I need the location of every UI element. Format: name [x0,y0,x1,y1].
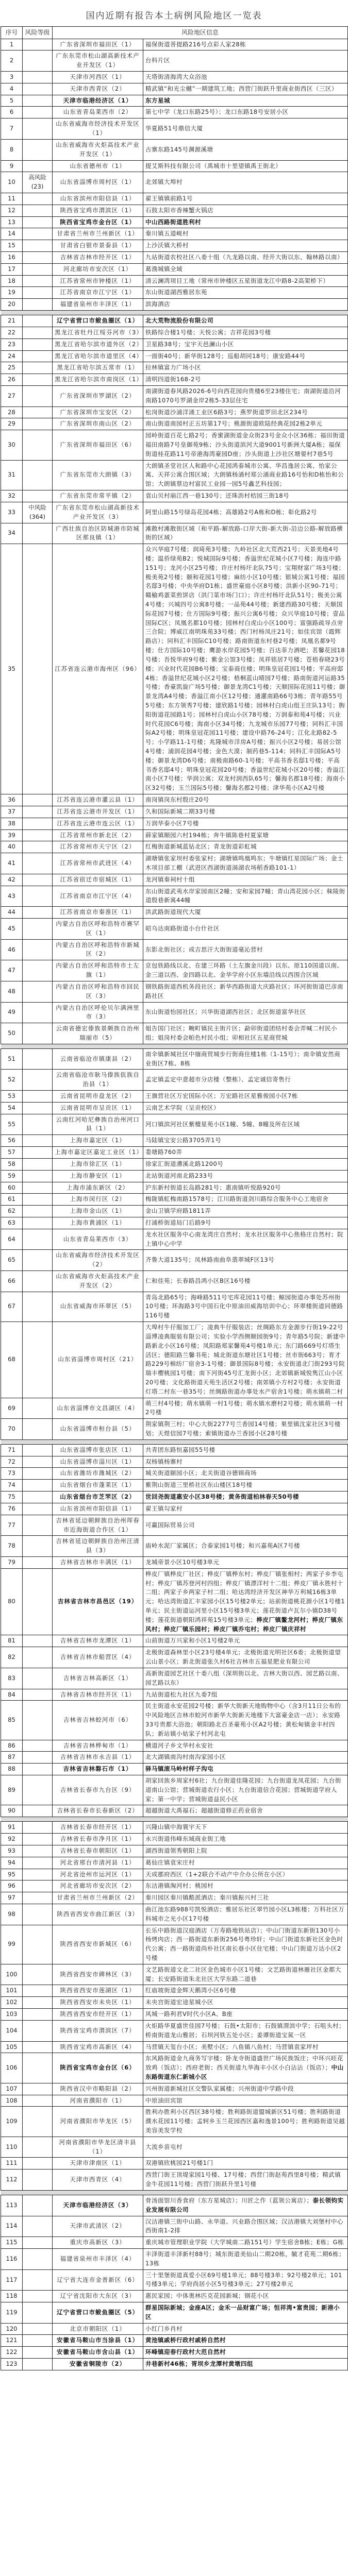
risk-level-cell [23,1775,53,1805]
risk-level-cell [23,886,53,907]
area-details: 上沙沃镇大桥村 [143,240,348,252]
area-details: 昭乌达南路街道小台什社区 [143,919,348,940]
table-row: 48内蒙古自治区呼和浩特市回民区（3）钢铁路街道西机务段社区；新华西路街道大庆路… [1,981,348,1002]
row-number: 95 [1,1869,23,1880]
row-number: 12 [1,205,23,216]
details-text: 秦川园区秦川镇酷派酒店；秦川镇振兴村三社 [145,1894,269,1901]
row-number: 58 [1,1158,23,1170]
risk-level-cell [23,2216,53,2237]
table-row: 11山东省滨州市阳信县（1）翟王镇镇前路1号 [1,193,348,205]
table-row: 24黑龙江省哈尔滨市道里区（4）一面街40号；新华街128号；巡船胡同18号；康… [1,350,348,362]
area-name: 山东省威海市环翠区（5） [53,1292,143,1321]
area-details: 东山街道怡园社区；兴华街道湖西社区；北区街道富华社区 [143,1002,348,1023]
details-text: 古寨东路145号渊源溪塘 [145,146,213,153]
risk-level-cell [23,2347,53,2359]
risk-level-cell [23,1398,53,1419]
risk-level-cell [23,374,53,386]
area-details: 钢铁路街道西机务段社区；新华西路街道大庆路社区；环河街街道巴彦南路社区 [143,981,348,1002]
page-break [1,311,348,315]
risk-level-cell [23,1158,53,1170]
risk-level-cell [23,907,53,919]
details-text: 超越街道大禹福石；超越街道修正药业宿舍 [145,1807,263,1814]
details-text: 北极街道森林里小区23号楼4单元；北极街道光明社区6委；北极街道望云山景小区；新… [145,1649,341,1665]
table-row: 52云南省临沧市耿马傣族佤族自治县（1）孟定镇孟定中意超市分店楼（整栋）、孟定诚… [1,1070,348,1091]
area-details: 西营门街王顶堤家园1号楼、17号楼；西营门街赵苑西里8号楼；精武镇金牛花园11号… [143,2170,348,2191]
page-break-gap [1,1439,348,1444]
details-text: 井巷新村46栋；胥坝乡龙潭村黄墩四组 [145,2360,253,2367]
details-text: 孟定镇孟定中意超市分店楼（整栋）、孟定诚信寄售行 [145,1076,291,1083]
header-info: 风险地区信息 [53,27,348,39]
table-row: 16吉林省吉林市经开区（1）九站街道农校社区八委十组（九龙路以南、经开大街以东、… [1,252,348,264]
row-number: 45 [1,919,23,940]
area-name: 山东省威海市火炬高技术产业开发区（1） [53,139,143,160]
area-details: 滩散村滩散街区域（和平路-解放路-口岸大街-新大街-沿边公路-解放路横街的区域） [143,523,348,544]
table-row: 25黑龙江省哈尔滨五常市（1）拉林镇富力广场小区 [1,362,348,374]
details-text: 城关街道颐园小区；北关街道谷德锦商场 [145,1469,257,1477]
risk-level-cell [23,1764,53,1775]
table-row: 31广东省东莞市大朗镇（3）大朗镇圣堂社区人和路中心花园鸿泰城市公寓、华昌逸居公… [1,460,348,490]
details-text: 小红门乡肖村 [145,2325,183,2332]
area-name: 吉林省吉林蛟河市（6） [53,1701,143,1740]
table-row: 106陕西省宝鸡市金台区（6）东风路街道金九商务写字楼；卧龙寺街道盛世广场民族饭… [1,2053,348,2083]
table-row: 66山东省威海市火炬高技术产业开发区（2）仁和佳苑；长春路昌鸿小区B区16号楼 [1,1271,348,1292]
details-text: 石鼓太阳市香辣蟹火锅店 [145,207,213,214]
area-name: 河北省邢台市清河县（1） [53,1857,143,1869]
details-text: 三十里堡街道真爱小区69号楼1单元；88号楼3单；92号楼2单元；101号楼3单… [145,2272,342,2288]
area-name: 广东省深圳市宝安区（2） [53,406,143,418]
area-name: 山东省烟台市芝罘区（2） [53,1492,143,1503]
risk-level-cell [23,2237,53,2249]
table-row: 41江苏省常州市武进区（4）湖塘镇张家坝村委张家村；湖塘镇鸣凰鸣东；牛塘镇红星国… [1,853,348,874]
risk-level-cell [23,1271,53,1292]
area-name: 上海市静安区（1） [53,1170,143,1182]
table-row: 62上海市金山区（1）金山卫镇学府路1811弄 [1,1206,348,1217]
details-text: 未央宫街道宏途星城小区 [145,1998,213,2006]
risk-level-cell [23,240,53,252]
risk-level-cell: 中风险(364) [23,502,53,523]
area-name: 内蒙古自治区呼伦贝尔满洲里市（3） [53,1002,143,1023]
row-number: 8 [1,139,23,160]
row-number: 120 [1,2323,23,2335]
row-number: 94 [1,1857,23,1869]
risk-level-cell [23,2158,53,2170]
table-row: 122安徽省马鞍山市含山县（1）环峰镇迎春行政村大范自然村 [1,2347,348,2359]
area-details: 福保街道菩提路216号点彩人家28栋 [143,39,348,50]
row-number: 71 [1,1444,23,1456]
table-row: 19江苏省南京市江宁区（1）东山街道湖西雅居东苑 [1,287,348,299]
area-details: 丰泽街道丰泽新村88号；城东街道美仙山二期20栋，毓才花苑二期6栋；13栋 [143,2248,348,2269]
area-details: 湖西街道领秀朝阳上院 [143,1845,348,1857]
risk-level-cell [23,1194,53,1206]
risk-level-cell [23,2302,53,2324]
row-number: 27 [1,385,23,406]
area-name: 上海市徐汇区（1） [53,1158,143,1170]
details-text: 丰泽街道丰泽新村88号；城东街道美仙山二期20栋，毓才花苑二期6栋；13栋 [145,2250,345,2267]
risk-level-cell [23,50,53,72]
risk-level-cell [23,1114,53,1135]
risk-level-cell [23,327,53,338]
row-number: 6 [1,107,23,118]
page-break [1,2190,348,2195]
table-row: 36江苏省连云港市灌云县（1）南岗镇岗东村殷庄20号 [1,794,348,806]
table-row: 120北京市朝阳区（1）小红门乡肖村 [1,2323,348,2335]
row-number: 23 [1,338,23,350]
area-name: 河南省濮阳市（1） [53,2095,143,2107]
area-name: 山东省淄博市周村区（1） [53,172,143,193]
risk-level-cell [23,362,53,374]
risk-level-cell [23,406,53,418]
details-text: 火炬路华夏盛世佳园7号楼；石鼓•太阳市；石鼓镇渭滨中学；石咀头村；桥南街道龙山雅… [145,2022,345,2039]
area-details: 王旗营社区万宏国际小区；万宏路社区星雅俊园小区7栋 [143,1091,348,1103]
risk-level-count: (364) [25,513,50,522]
area-name: 江苏省宿迁市宿城区（1） [53,874,143,886]
row-number: 74 [1,1480,23,1492]
details-text: 双港镇欣桃园21号楼1门 [145,2159,213,2166]
table-row: 115重庆市高新区（3）重庆城市管理职业学院（大学城南二路151号）学生宿舍B栋… [1,2237,348,2249]
area-name: 山东省淄博市淄川区（1） [53,1456,143,1468]
details-text: 洪武路街道现代大厦 [145,908,201,916]
table-row: 61上海市闵行区（2）梅陇镇虹梅南路1578号；江川路街道剑川路综合服务中心工地… [1,1194,348,1206]
row-number: 106 [1,2053,23,2083]
table-row: 107陕西省汉中市略阳县（2）兴州街道新城社区交警队家属楼；兴州街道中学路中段 [1,2083,348,2095]
details-text: 钢铁路街道西机务段社区；新华西路街道大庆路社区；环河街街道巴彦南路社区 [145,983,343,999]
row-number: 43 [1,886,23,907]
row-number: 35 [1,544,23,794]
row-number: 90 [1,1805,23,1817]
page-break [1,1044,348,1048]
area-details: 小红门乡肖村 [143,2323,348,2335]
area-details: 胜利办胜利小区西区38号楼；胜利路街道盟城新区51号楼；胜利路街道濮水花园11号… [143,2107,348,2137]
table-row: 60上海市浦东新区（2）沪东新村街道长岛路281号；惠南镇听悦路920号 [1,1182,348,1194]
area-name: 陕西省宝鸡市金台区（6） [53,2053,143,2083]
area-name: 吉林省吉林市永吉县（1） [53,1752,143,1764]
risk-level-cell [23,83,53,95]
table-row: 34广西壮族自治区防城港市防城区那良镇（1）滩散村滩散街区域（和平路-解放路-口… [1,523,348,544]
row-number: 51 [1,1048,23,1070]
row-number: 15 [1,240,23,252]
details-text: 华夏路51号鼎信大厦 [145,125,203,132]
table-row: 81吉林省吉林市龙潭区（1）山前街道万兴家和小区1号楼2单元 [1,1635,348,1647]
area-details: 黄池镇戚桥行政村戚桥自然村 [143,2335,348,2347]
table-row: 54云南省昆明市呈贡区（1）云南艺术学院（呈贡校区） [1,1102,348,1114]
risk-level-cell [23,1822,53,1834]
area-details: 龙水社区服务中心南龙湾庄自然村；龙水社区服务中心焦格庄自然村；院上镇中心中学 [143,1229,348,1250]
details-text: 世回尧街道惠安小区38号楼；黄务街道柏林春天50号楼 [145,1493,299,1500]
area-details: 洪武路街道现代大厦 [143,907,348,919]
row-number: 54 [1,1102,23,1114]
risk-level-cell [23,1880,53,1892]
row-number: 63 [1,1217,23,1229]
row-number: 114 [1,2216,23,2237]
area-details: 红梅街道新城蓝钻北区；青龙街道彩虹城 [143,841,348,853]
area-details: 久和国际新城二期33号楼 [143,806,348,818]
risk-level-cell [23,1091,53,1103]
table-row: 63上海市黄浦区（1）打浦桥街道局门后路9号 [1,1217,348,1229]
area-name: 吉林省长春市净月区（1） [53,1834,143,1845]
row-number: 66 [1,1271,23,1292]
row-number: 1 [1,39,23,50]
table-row: 28广东省深圳市宝安区（2）松岗街道沙浦洋涌工业区6路3号；燕罗街道罗田北区23… [1,406,348,418]
area-name: 江苏省连云港市连云区（1） [53,818,143,829]
details-text: 松岗街道沙浦洋涌工业区6路3号；燕罗街道罗田北区234号 [145,409,308,416]
table-row: 73山东省潍坊市潍城区（2）城关街道颐园小区；北关街道谷德锦商场 [1,1468,348,1480]
details-text: 惠民家园；中体奥林匹克花园新城；钢花小区 [145,2292,269,2299]
risk-level-cell [23,2095,53,2107]
row-number: 108 [1,2095,23,2107]
row-number: 13 [1,216,23,228]
area-name: 山东省淄博市文昌湖区（4） [53,1398,143,1419]
row-number: 2 [1,50,23,72]
risk-level-cell [23,1135,53,1147]
risk-level-cell [23,205,53,216]
table-row: 17河北廊坊市安次区（1）葛渔城镇全域 [1,263,348,275]
risk-level-label: 中风险 [25,503,50,513]
details-text: 龙河镇秦祠村十组 [145,876,195,883]
area-name: 江苏省常州市新北区（2） [53,829,143,841]
area-name: 广东东莞市松山湖高新技术产业开发区（1） [53,50,143,72]
area-details: 东沽港镇淘河村；桃园村 [143,1880,348,1892]
details-text: 红梅街道新城蓝钻北区；青龙街道彩虹城 [145,843,257,850]
row-number: 14 [1,228,23,240]
risk-level-cell [23,853,53,874]
area-name: 辽宁省沈阳市大东区（3） [53,2291,143,2302]
area-details: 天塔街清海湾大众浴池 [143,72,348,83]
table-row: 80吉林省吉林市昌邑区（19）桦皮厂镇桦皮厂社区；桦皮厂镇桦东村；桦皮厂镇张相村… [1,1568,348,1635]
area-details: 沪东新村街道长岛路281号；惠南镇听悦路920号 [143,1182,348,1194]
table-row: 114天津市武清区（2）汉沽港镇三街中山路、永华道、兴业路合围区域；汉沽港镇大刘… [1,2216,348,2237]
details-text: 骨汤面馆川香食府（东方星城店）；川匠之作（蓝领公寓店）； [145,2197,313,2204]
row-number: 123 [1,2359,23,2370]
table-row: 4天津市西青区（2）精武镇“和光尘樾”一期建筑工地；西营门街跃升里商业街西区（三… [1,83,348,95]
area-name: 广东省深圳市南山区（2） [53,418,143,430]
table-row: 108河南省濮阳市（1）中原油田宾馆 [1,2095,348,2107]
risk-level-cell [23,338,53,350]
area-name: 天津市临港经济区（3） [53,2195,143,2216]
area-name: 云南省临沧市镇康县（2） [53,1048,143,1070]
area-details: 云南艺术学院（呈贡校区） [143,1102,348,1114]
table-row: 40江苏省常州市天宁区（2）红梅街道新城蓝钻北区；青龙街道彩虹城 [1,841,348,853]
risk-level-cell [23,1070,53,1091]
area-details: 清明四道街168-2号 [143,374,348,386]
table-row: 58上海市徐汇区（1）徐家汇街道漕溪北路1200号 [1,1158,348,1170]
details-text: 东山街道怡园社区；兴华街道湖西社区；北区街道富华社区 [145,1008,306,1015]
risk-level-cell [23,806,53,818]
row-number: 20 [1,299,23,311]
risk-level-cell [23,299,53,311]
area-details: 庙岭水泥厂家属区；合泰家园1号楼；和兴嘉苑A区7号楼 [143,1536,348,1557]
row-number: 37 [1,806,23,818]
area-details: 卫星路38号；宝宇天邑澜山小区 [143,338,348,350]
details-text: 第七中学（龙口东路25号）；龙口东路18号安居小区 [145,108,289,115]
area-details: 姐告国门社区；畹町镇民主街片区；勐卯街道团结村委会弄喊二村民小组；姐岗村委会帕色… [143,1023,348,1044]
area-name: 黑龙江省哈尔滨市南岗区（1） [53,374,143,386]
table-row: 111天津市津南区（1）双港镇欣桃园21号楼1门 [1,2158,348,2170]
area-details: 共青团东路恒嘉园55号楼 [143,1444,348,1456]
risk-level-cell [23,1492,53,1503]
row-number: 86 [1,1740,23,1752]
row-number: 99 [1,1925,23,1964]
table-row: 99陕西省西安市新城区（6）长乐中路街道汉庭酒店（万寿路地铁站店）；中山门街道东… [1,1925,348,1964]
row-number: 65 [1,1250,23,1271]
table-row: 27广东省深圳市罗湖区（2）南湖街道春风路2026-6号向西花园向贵楼6至23楼… [1,385,348,406]
risk-level-cell [23,2248,53,2269]
details-text: 金山卫镇学府路1811弄 [145,1207,211,1214]
details-text: 民主街道永安花园2号楼；新华大街新天地购物中心（含3月11日公布的中风险地区吉林… [145,1702,341,1737]
table-row: 110河南省濮阳市华龙区清丰县（1）大流乡苗屯村 [1,2137,348,2158]
risk-level-cell [23,2359,53,2370]
row-number: 64 [1,1229,23,1250]
table-row: 21辽宁省营口市鲅鱼圈区（1）北大荒物流股份有限公司 [1,315,348,327]
table-row: 68山东省淄博市周村区（21）大埠村牛仔服加工厂；凌典牛仔服装店；丝绸路东方金源… [1,1322,348,1398]
row-number: 77 [1,1515,23,1536]
table-row: 55云南红河哈尼彝族自治州河口县（1）河口镇滨河社区紫檀星苑小区1幢、5幢、8幢… [1,1114,348,1135]
area-details: 齐鲁大道135号；凤林路南曲阜翡翠城F区13号 [143,1250,348,1271]
area-name: 安徽省铜陵市（2） [53,2359,143,2370]
table-row: 95河北省沧州市运河区（1）天成郡府西区（1+2联合不动产中介办公所在小区） [1,1869,348,1880]
area-details: 民主街道永安花园2号楼；新华大街新天地购物中心（含3月11日公布的中风险地区吉林… [143,1701,348,1740]
area-name: 河南省濮阳市华龙区清丰县（1） [53,2137,143,2158]
area-name: 吉林省吉林市龙潭区（1） [53,1635,143,1647]
area-details: 兴隆山镇中海寰宇天下 [143,1822,348,1834]
area-name: 吉林省长春市经开区（1） [53,1822,143,1834]
area-details: 徐家汇街道漕溪北路1200号 [143,1158,348,1170]
area-details: 万润华泰小区7号楼 [143,818,348,829]
area-details: 未央宫街道宏途星城小区 [143,1997,348,2009]
row-number: 68 [1,1322,23,1398]
row-number: 61 [1,1194,23,1206]
risk-level-cell [23,1997,53,2009]
risk-level-cell [23,1480,53,1492]
details-text: 北大湖镇南沟村南沟家园小区 [145,1753,226,1760]
details-text: 清明四道街168-2号 [145,376,201,383]
area-details: 桦皮厂镇桦皮厂社区；桦皮厂镇桦东村；桦皮厂镇张相村；两家子乡李屯村；桦皮厂镇苏登… [143,1568,348,1635]
details-text: 龙水社区服务中心南龙湾庄自然村；龙水社区服务中心焦格庄自然村；院上镇中心中学 [145,1231,343,1247]
row-number: 107 [1,2083,23,2095]
area-name: 辽宁省营口市鲅鱼圈区（1） [53,315,143,327]
area-details: 永兴街道伟峰东域商业街工地 [143,1834,348,1845]
details-text: 天塔街清海湾大众浴池 [145,73,207,80]
area-name: 陕西省宝鸡市渭滨区（1） [53,205,143,216]
table-row: 74山东省烟台市蓬莱区（1）紫荆山街道三里桥社区东山楼区18号楼 [1,1480,348,1492]
details-text: 阿里山路15号绿岛花园4栋；高雄路2号A栋和D栋；彰化路2号 [145,509,317,516]
table-row: 90吉林省长春市长春新区（2）超越街道大禹福石；超越街道修正药业宿舍 [1,1805,348,1817]
risk-level-cell [23,1556,53,1568]
risk-level-cell [23,139,53,160]
details-text: 马营镇天玺台小区；美墅小区；八鱼镇八鱼村；马营镇袁家坪村 [145,2043,319,2050]
area-name: 山东省青岛莱西市（3） [53,1229,143,1250]
area-details: 台科片区 [143,50,348,72]
table-row: 117辽宁省大连市金普新区（6）三十里堡街道真爱小区69号楼1单元；88号楼3单… [1,2269,348,2291]
area-details: 三十里堡街道真爱小区69号楼1单元；88号楼3单；92号楼2单元；101号楼3单… [143,2269,348,2291]
table-row: 92吉林省长春市净月区（1）永兴街道伟峰东域商业街工地 [1,1834,348,1845]
details-text: 兴州街道新城社区交警队家属楼；兴州街道中学路中段 [145,2085,294,2092]
row-number: 93 [1,1845,23,1857]
area-details: 曲江池东路988号凯悦酒店；雅居乐社区翠竹园小区L3栋楼；万科社区万科城市之光小… [143,1904,348,1925]
area-details: 北极街道森林里小区23号楼4单元；北极街道光明社区6委；北极街道望云山景小区；新… [143,1647,348,1668]
risk-level-cell [23,107,53,118]
details-text: 东沽港镇淘河村；桃园村 [145,1882,213,1889]
page-break-gap [1,311,348,315]
area-details: 第七中学（龙口东路25号）；龙口东路18号安居小区 [143,107,348,118]
risk-level-cell [23,2041,53,2053]
table-row: 22黑龙江省牡丹江绥芬河市（3）铁路综合楼1号楼；天悦公寓；吉祥花园3号楼 [1,327,348,338]
table-row: 65山东省威海市经济技术开发区（2）齐鲁大道135号；凤林路南曲阜翡翠城F区13… [1,1250,348,1271]
risk-level-cell [23,1689,53,1701]
table-row: 5天津市临港经济区（1）东方星城 [1,95,348,107]
table-row: 50云南省德宏傣族景颇族自治州瑞丽市（5）姐告国门社区；畹町镇民主街片区；勐卯街… [1,1023,348,1044]
area-details: 中山西路街道胜利村 [143,216,348,228]
risk-level-cell [23,1752,53,1764]
row-number: 44 [1,907,23,919]
row-number: 62 [1,1206,23,1217]
row-number: 18 [1,275,23,287]
risk-level-cell [23,1468,53,1480]
area-details: 翟王镇镇前路1号 [143,193,348,205]
risk-level-cell [23,1568,53,1635]
row-number: 76 [1,1503,23,1515]
area-details: 铁路综合楼1号楼；天悦公寓；吉祥花园3号楼 [143,327,348,338]
row-number: 100 [1,1964,23,1985]
area-details: 山前街道万兴家和小区1号楼2单元 [143,1635,348,1647]
area-details: 滨海酒店 [143,299,348,311]
risk-level-cell [23,1444,53,1456]
risk-level-cell [23,2323,53,2335]
table-row: 47内蒙古自治区呼和浩特市土左旗（1）京包铁路线以北、在建三环路（土左旗金川段）… [1,960,348,981]
table-row: 72山东省淄博市淄川区（1）双杨镇杨寨村 [1,1456,348,1468]
risk-level-cell [23,794,53,806]
details-text: 秦川镇五道岘村 [145,230,189,237]
area-details: 重庆城市管理职业学院（大学城南二路151号）学生宿舍B栋；E栋；G栋 [143,2237,348,2249]
table-row: 82吉林省吉林市船营区（4）北极街道森林里小区23号楼4单元；北极街道光明社区6… [1,1647,348,1668]
risk-level-cell [23,1904,53,1925]
risk-level-cell [23,275,53,287]
area-name: 山东省威海市经济技术开发区（2） [53,1250,143,1271]
area-name: 内蒙古自治区呼和浩特市回民区（3） [53,981,143,1002]
details-text: 龙城帝景小区10号楼3单元 [145,1558,219,1566]
details-text: 风城一路利君V时代小区A、B座 [145,2010,233,2018]
row-number: 30 [1,430,23,460]
page-break [1,1817,348,1822]
row-number: 82 [1,1647,23,1668]
area-details: 北站街道河南北路233号 [143,1170,348,1182]
row-number: 4 [1,83,23,95]
row-number: 16 [1,252,23,264]
table-row: 109河南省濮阳市华龙区（5）胜利办胜利小区西区38号楼；胜利路街道盟城新区51… [1,2107,348,2137]
row-number: 72 [1,1456,23,1468]
row-number: 83 [1,1668,23,1689]
table-row: 85吉林省吉林蛟河市（6）民主街道永安花园2号楼；新华大街新天地购物中心（含3月… [1,1701,348,1740]
area-details: 秦川镇五道岘村 [143,228,348,240]
risk-level-cell [23,1635,53,1647]
risk-level-cell [23,350,53,362]
area-details: 大朗镇圣堂社区人和路中心花园鸿泰城市公寓、华昌逸居公寓、怡家公寓、天祥公寓合围区… [143,460,348,490]
details-text: 王旗营社区万宏国际小区；万宏路社区星雅俊园小区7栋 [145,1092,298,1099]
details-text: 湖塘镇张家坝村委张家村；湖塘镇鸣凰鸣东；牛塘镇红星国际广场；金土木项目部工棚（武… [145,855,343,871]
details-text: 葛渔城镇全域 [145,265,183,273]
area-name: 陕西省西安市经开区（1） [53,2009,143,2021]
table-row: 71山东省淄博市张店区（1）共青团东路恒嘉园55号楼 [1,1444,348,1456]
area-name: 陕西省宝鸡市金台区（1） [53,216,143,228]
table-row: 116福建省泉州市丰泽区（4）丰泽街道丰泽新村88号；城东街道美仙山二期20栋，… [1,2248,348,2269]
row-number: 91 [1,1822,23,1834]
details-text: 打浦桥街道局门后路9号 [145,1219,211,1226]
table-row: 14甘肃省兰州市兰州新区（1）秦川镇五道岘村 [1,228,348,240]
details-text: 共青团东路恒嘉园55号楼 [145,1446,216,1453]
row-number: 81 [1,1635,23,1647]
area-name: 上海市浦东新区（2） [53,1182,143,1194]
table-row: 89吉林省长春市九台区（9）胡家回族乡周家村6社；九台街道佳隆花园；九台街道龙凤… [1,1775,348,1805]
area-name: 吉林省吉林市经开区（1） [53,1689,143,1701]
